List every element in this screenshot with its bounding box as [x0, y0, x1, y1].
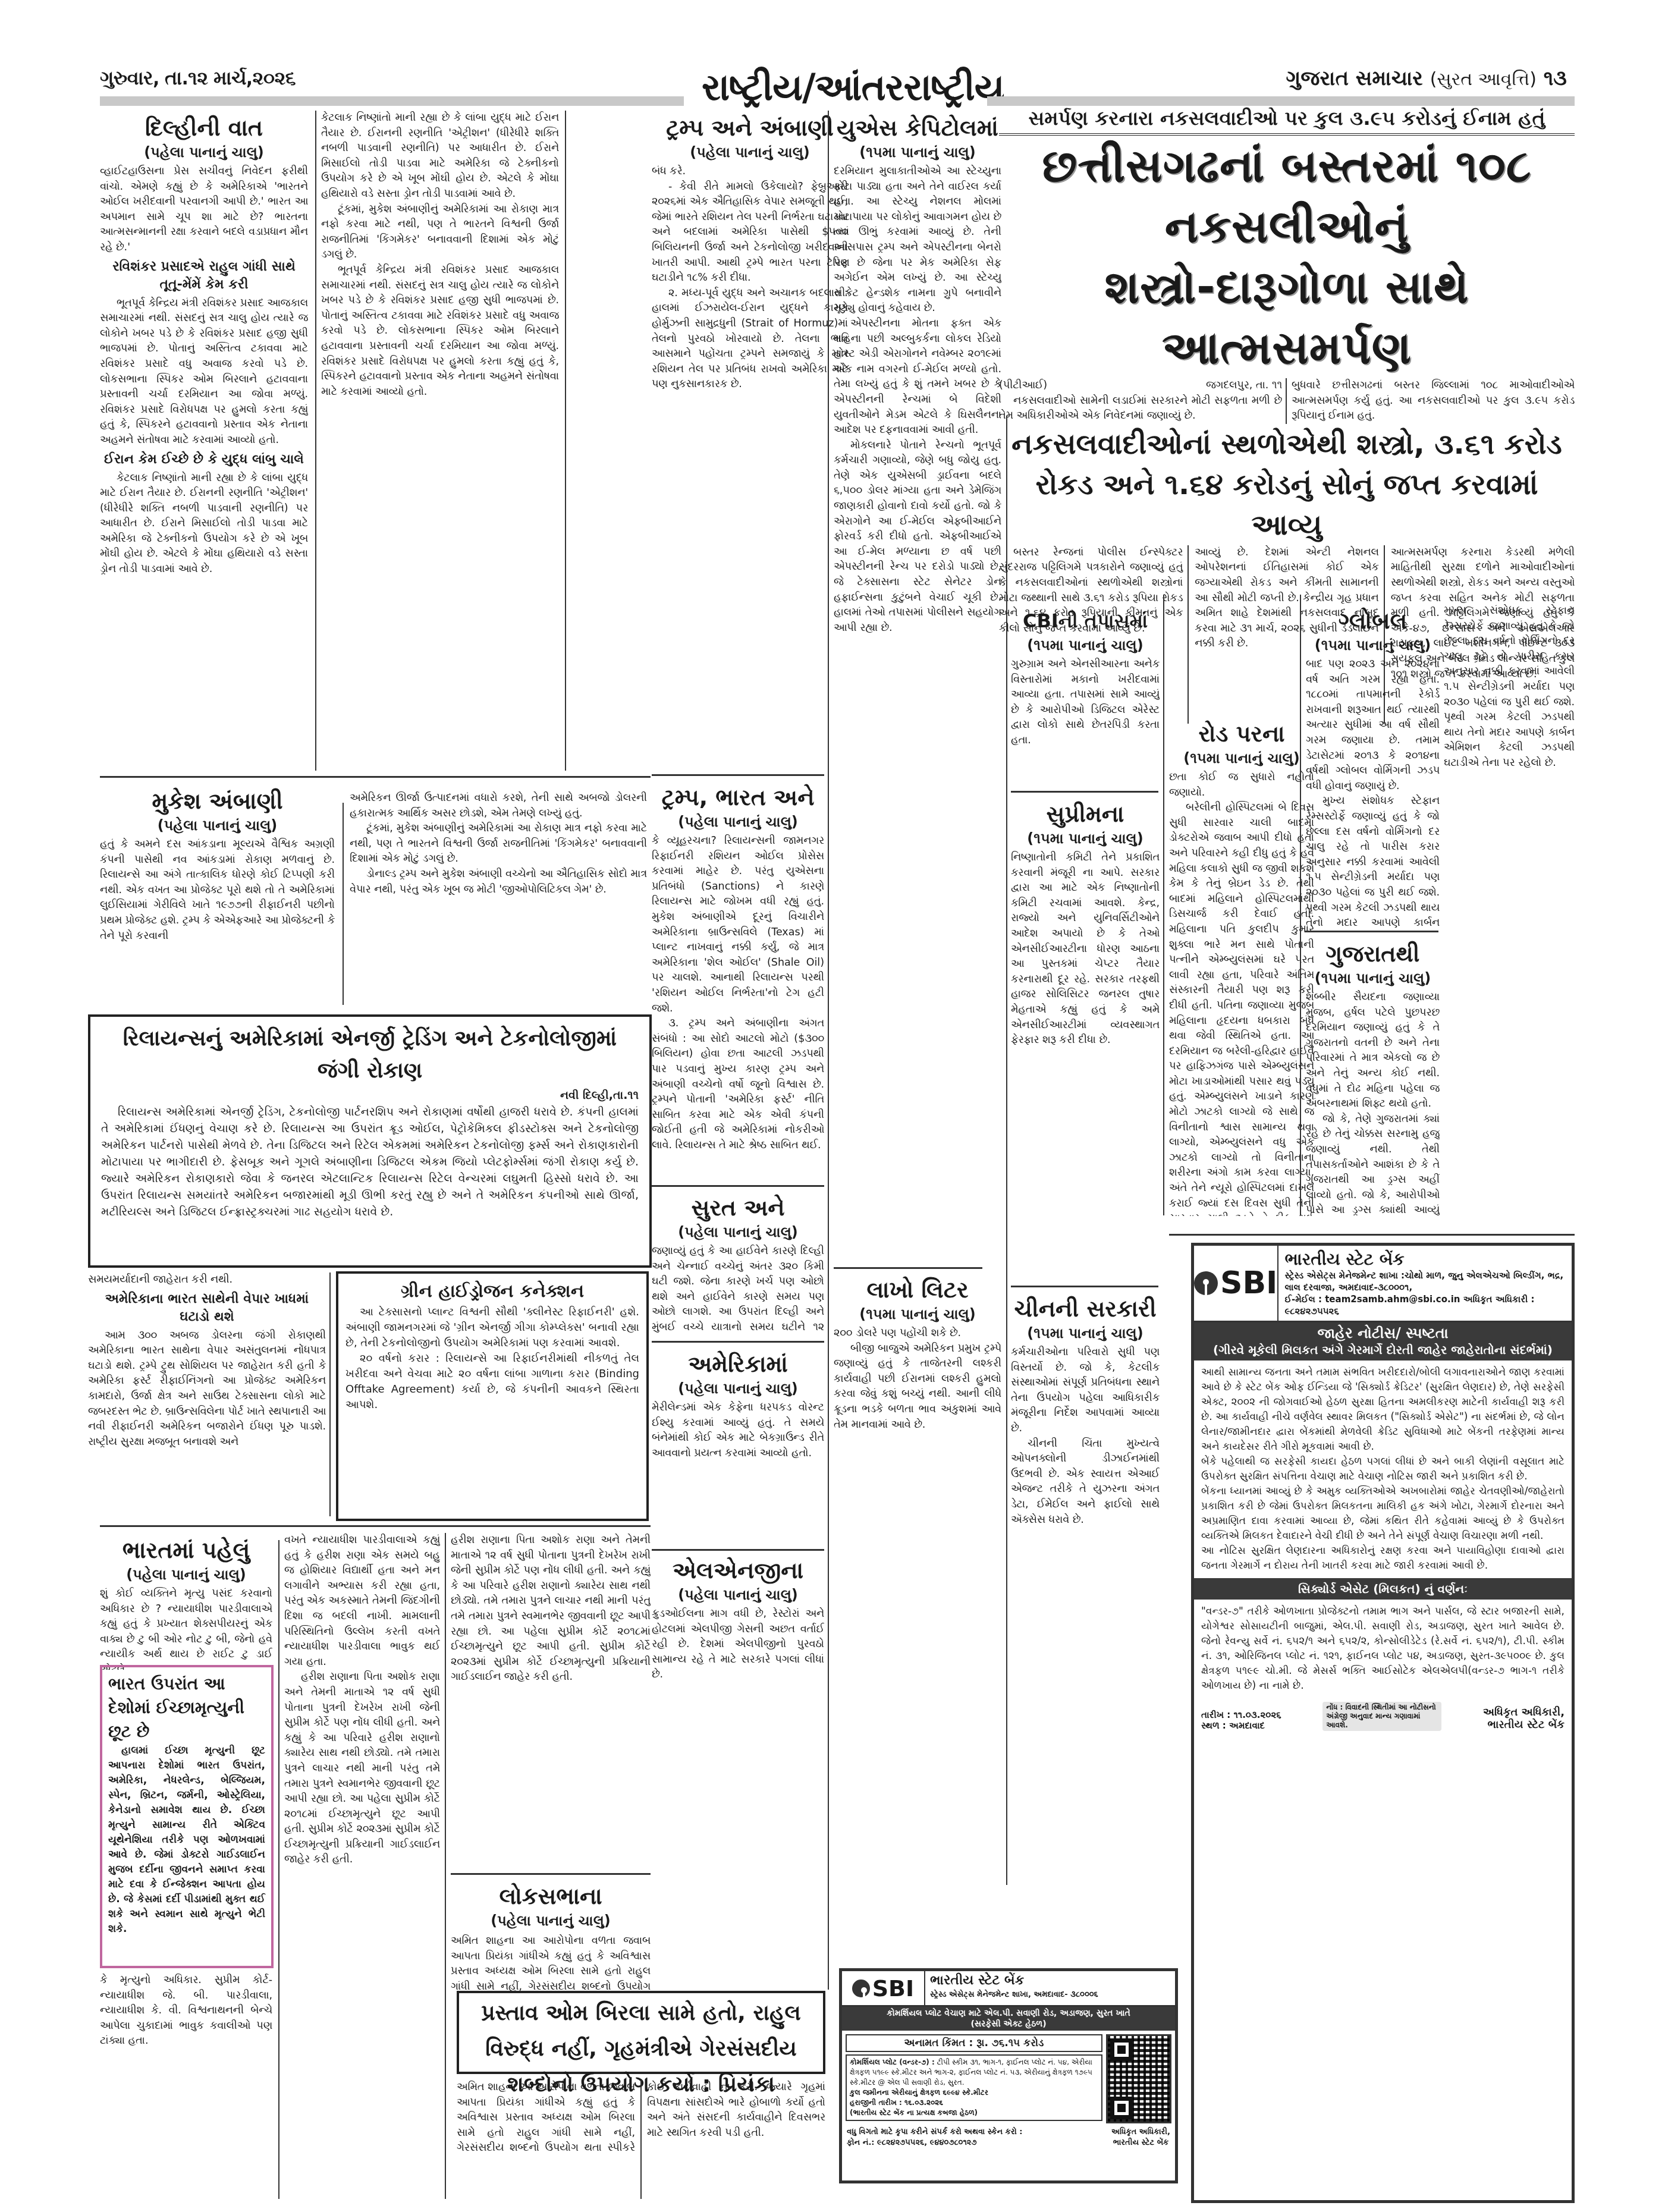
continued-label: (૧૫મા પાનાનું ચાલુ) [1306, 636, 1440, 655]
section-divider [652, 1185, 824, 1187]
notice-place: સ્થળ : અમદાવાદ [1201, 1720, 1281, 1731]
article-bharat-first-end: કે મૃત્યુનો અધિકાર. સુપ્રીમ કોર્ટ-ન્યાયા… [100, 1973, 272, 2199]
paragraph: બંધ કરે. [652, 164, 848, 180]
lead-intro-right: બુધવારે છત્તીસગઢનાં બસ્તર જિલ્લામાં ૧૦૮ … [1292, 378, 1575, 424]
continued-label: (પહેલા પાનાનું ચાલુ) [100, 143, 308, 162]
article-cbi: CBIની તપાસમાં (૧૫મા પાનાનું ચાલુ) ગુરુગ્… [1011, 604, 1160, 788]
paragraph: ભૂતપૂર્વ કેન્દ્રિય મંત્રી રવિશંકર પ્રસાદ… [321, 263, 559, 400]
article-mukesh-ambani: મુકેશ અંબાણી (પહેલા પાનાનું ચાલુ) હતું ક… [100, 784, 335, 1005]
continued-label: (૧૫મા પાનાનું ચાલુ) [1011, 1324, 1160, 1343]
article-global-continued: મુખ્ય સંશોધક સ્ટેફાન રેમ્સસ્ટોર્ફે જણાવ્… [1444, 604, 1575, 1216]
sbi-branch-info: ભારતીય સ્ટેટ બેંક સ્ટ્રેસ્ડ એસેટ્સ મેનેજ… [1278, 1246, 1572, 1321]
asset-heading: સિક્યોર્ડ એસેટ (મિલકત) નું વર્ણનઃ [1194, 1578, 1572, 1600]
lead-headline-line2: શસ્ત્રો-દારૂગોળા સાથે આત્મસમર્પણ [999, 257, 1575, 378]
sbi-logo-text: SBI [872, 1975, 914, 2002]
signatory: અધિકૃત અધિકારી, ભારતીય સ્ટેટ બેંક [1483, 1706, 1565, 1731]
paragraph: કેટલાક નિષ્ણાંતો માની રહ્યા છે કે લાંબા … [321, 111, 559, 202]
headline: ટ્રમ્પ અને અંબાણી [652, 114, 848, 142]
paragraph: ડોનાલ્ડ ટ્રમ્પ અને મુકેશ અંબાણી વચ્ચેનો … [350, 867, 647, 897]
paragraph: ટૂંકમાં, મુકેશ અંબાણીનું અમેરિકામાં આ રો… [321, 202, 559, 263]
dateline: જગદલપુર, તા. ૧૧ [1206, 378, 1282, 394]
total-area: કુલ જમીનના એરીયાનું ક્ષેત્રફળ ૬૯૯૪ સ્કે.… [850, 2088, 1098, 2098]
lead-kicker: સમર્પણ કરનારા નકસલવાદીઓ પર કુલ ૩.૯૫ કરોડ… [999, 105, 1575, 136]
section-title: રાષ્ટ્રીય/આંતરરાષ્ટ્રીય [702, 65, 1004, 109]
notice-subtitle: (ગીરવે મૂકેલી મિલકત અંગે ગેરમાર્ગે દોરતી… [1199, 1341, 1567, 1358]
article-lng: એલએનજીના (પહેલા પાનાનું ચાલુ) ક્રુડઓઈલના… [652, 1553, 824, 1868]
notice-footer: વધુ વિગતો માટે કૃપા કરીને સંપર્ક કરો અથવ… [842, 2127, 1175, 2148]
lead-intro: (પીટીઆઈ) જગદલપુર, તા. ૧૧ નકસલવાદીઓ સામેન… [999, 378, 1575, 424]
possession-status: (ભારતીય સ્ટેટ બેંક ના પ્રત્યક્ષ કબજા હેઠ… [850, 2108, 1098, 2118]
column-divider [1300, 595, 1301, 1215]
subheading: ઈરાન કેમ ઈચ્છે છે કે યુદ્ધ લાંબુ ચાલે [100, 451, 308, 469]
article-judgement-continued: હરીશ રાણાના પિતા અશોક રાણા અને તેમની માત… [451, 1533, 651, 1866]
article-china: ચીનની સરકારી (૧૫મા પાનાનું ચાલુ) કર્મચાર… [1011, 1292, 1160, 1850]
section-divider [652, 1341, 824, 1343]
sbi-branch-info: ભારતીય સ્ટેટ બેંક સ્ટ્રેસ્ડ એસેટ્સ મેનેજ… [925, 1971, 1103, 2005]
sbi-logo: SBI [1194, 1246, 1278, 1321]
paragraph: રિલાયન્સ અમેરિકામાં એનર્જી ટ્રેડિંગ, ટેક… [101, 1104, 639, 1220]
continued-label: (પહેલા પાનાનું ચાલુ) [451, 1911, 651, 1930]
auction-details: અનામત કિંમત : રૂા. ૭૬.૧૫ કરોડ કોમર્શિયલ … [842, 2031, 1175, 2127]
reliance-investment-box: રિલાયન્સનું અમેરિકામાં એનર્જી ટ્રેડિંગ અ… [88, 1014, 652, 1268]
paragraph: એપસ્ટીનના મોતના ફક્ત એક મહિના પછી અલ્બુક… [834, 316, 1001, 438]
continued-label: (પહેલા પાનાનું ચાલુ) [100, 1565, 272, 1584]
paragraph: ક્રુડઓઈલના માગ વધી છે, રેસ્ટોરાં અને હોટ… [652, 1607, 824, 1683]
headline: ગ્લોબલ [1306, 607, 1440, 634]
section-divider [1169, 1234, 1575, 1236]
sbi-logo-text: SBI [1220, 1265, 1277, 1301]
paragraph: શબ્બીર સૈયદના જણાવ્યા મુજબ, હર્ષલ પટેલે … [1306, 990, 1440, 1112]
sbi-keyhole-icon [1194, 1271, 1218, 1295]
column-divider [329, 1272, 331, 1516]
priyanka-headline-box: પ્રસ્તાવ ઓમ બિરલા સામે હતો, રાહુલ વિરુદ્… [457, 1991, 825, 2074]
continued-label: (૧૫મા પાનાનું ચાલુ) [1011, 829, 1160, 848]
paragraph: મુખ્ય સંશોધક સ્ટેફાન રેમ્સસ્ટોર્ફે જણાવ્… [1444, 604, 1575, 771]
continued-label: (૧૫મા પાનાનું ચાલુ) [834, 1305, 1001, 1324]
paragraph: ચીનની ચિંતા મુખ્યત્વે ઓપનક્લોની ડીઝાઈનમા… [1011, 1437, 1160, 1528]
paragraph: અમેરિકન ઊર્જા ઉત્પાદનમાં વધારો કરશે, તેન… [350, 791, 647, 821]
headline: CBIની તપાસમાં [1011, 607, 1160, 634]
email-line: ઈ-મેઈલ : team2samb.ahm@sbi.co.in અધિકૃત … [1284, 1293, 1566, 1317]
headline: ચીનની સરકારી [1011, 1295, 1160, 1322]
contact-info: વધુ વિગતો માટે કૃપા કરીને સંપર્ક કરો અથવ… [847, 2127, 1023, 2148]
article-supreme: સુપ્રીમના (૧૫મા પાનાનું ચાલુ) નિષ્ણાતોની… [1011, 797, 1160, 1237]
paragraph: ૩. ટ્રમ્પ અને અંબાણીના અંગત સંબંધો : આ સ… [652, 1016, 824, 1153]
auction-date: હરાજીની તારીખ : ૧૬.૦૩.૨૦૨૬ [850, 2098, 1098, 2108]
paragraph: ગુરુગ્રામ અને એનસીઆરના અનેક વિસ્તારોમાં … [1011, 657, 1160, 749]
paragraph: વ્હાઈટહાઉસના પ્રેસ સચીવનું નિવેદન ફરીથી … [100, 164, 308, 256]
section-divider [1011, 1286, 1158, 1287]
plot-label: કોમર્શિયલ પ્લોટ (વન્ડર-૭) : [850, 2058, 935, 2066]
article-america: અમેરિકામાં (પહેલા પાનાનું ચાલુ) મેરીલેન્… [652, 1347, 824, 1549]
paragraph: હાલમાં ઈચ્છા મૃત્યુની છૂટ આપનારા દેશોમાં… [108, 1743, 265, 1937]
section-divider [834, 1267, 982, 1269]
article-trade-deficit: સમયમર્યાદાની જાહેરાત કરી નથી. અમેરિકાના … [88, 1272, 326, 1516]
headline: અમેરિકામાં [652, 1350, 824, 1378]
article-surat: સુરત અને (પહેલા પાનાનું ચાલુ) જણાવ્યું હ… [652, 1190, 824, 1336]
bank-name: ભારતીય સ્ટેટ બેંક [1284, 1249, 1566, 1270]
notice-footer: તારીખ : ૧૧.૦૩.૨૦૨૬ સ્થળ : અમદાવાદ નોંધ :… [1194, 1698, 1572, 1735]
paragraph: સમયમર્યાદાની જાહેરાત કરી નથી. [88, 1272, 326, 1288]
subheading: રવિશંકર પ્રસાદએ રાહુલ ગાંધી સાથે તૂતૂ-મે… [100, 258, 308, 294]
branch-address: સ્ટ્રેસ્ડ એસેટ્સ મેનેજમેન્ટ શાખા, અમદાવા… [930, 1989, 1098, 2001]
asset-description: "વન્ડર-૭" તરીકે ઓળખાતા પ્રોજેક્ટનો તમામ … [1194, 1600, 1572, 1698]
continued-label: (પહેલા પાનાનું ચાલુ) [100, 816, 335, 835]
paragraph: જો કે, તેણે ગુજરાતમાં ક્યાં રહે છે તેનું… [1306, 1112, 1440, 1216]
paragraph: આ નોટિસ સુરક્ષિત લેણદારના અધિકારોનું રક્… [1201, 1544, 1565, 1573]
paragraph: આ ટેક્સાસનો પ્લાન્ટ વિશ્વની સૌથી 'ક્લીને… [345, 1305, 639, 1351]
article-delhi-continued: કેટલાક નિષ્ણાંતો માની રહ્યા છે કે લાંબા … [321, 111, 559, 772]
paragraph: મોકલનારે પોતાને રેન્ચનો ભૂતપૂર્વ કર્મચાર… [834, 438, 1001, 636]
date-place: તારીખ : ૧૧.૦૩.૨૦૨૬ સ્થળ : અમદાવાદ [1201, 1710, 1281, 1731]
section-divider [100, 776, 651, 778]
notice-subtitle: (સરફેસી એક્ટ હેઠળ) [846, 2019, 1171, 2029]
paragraph: અમિત શાહના આ આરોપોના વળતા જવાબ આપતા પ્રિ… [451, 1934, 651, 1993]
paragraph: નકસલવાદીઓ સામેની લડાઈમાં સરકારને મોટી સફ… [999, 394, 1282, 424]
paragraph: - કેવી રીતે મામલો ઉકેલાયો? ફેબ્રુઆરી ૨૦૨… [652, 180, 848, 286]
paragraph: બેંકના ધ્યાનમાં આવ્યું છે કે અમુક વ્યક્ત… [1201, 1484, 1565, 1544]
article-us-capitol: યુએસ કેપિટોલમાં (૧૫મા પાનાનું ચાલુ) દરમિ… [834, 111, 1001, 1181]
column-divider [278, 1540, 279, 2199]
qr-code-icon[interactable] [1106, 2034, 1171, 2123]
paper-name: ગુજરાત સમાચાર [1286, 67, 1423, 90]
paragraph: કે વ્યૂહરચના? રિલાયન્સની જામનગર રિફાઈનરી… [652, 834, 824, 1016]
plot-details: કોમર્શિયલ પ્લોટ (વન્ડર-૭) : ટીપી સ્કીમ ૩… [846, 2054, 1102, 2121]
bank-name: ભારતીય સ્ટેટ બેંક [930, 1972, 1098, 1989]
article-bharat-first-continued: વખતે ન્યાયાધીશ પારડીવાલાએ કહ્યું હતું કે… [284, 1533, 440, 2199]
continued-label: (પહેલા પાનાનું ચાલુ) [652, 1585, 824, 1604]
paragraph: ભૂતપૂર્વ કેન્દ્રિય મંત્રી રવિશંકર પ્રસાદ… [100, 296, 308, 448]
paragraph: ૨૦૦ ડોલરે પણ પહોંચી શકે છે. [834, 1326, 1001, 1341]
issue-date: ગુરુવાર, તા.૧૨ માર્ચ,૨૦૨૬ [100, 67, 296, 90]
paragraph: આથી સામાન્ય જનતા અને તમામ સંભવિત ખરીદદાર… [1201, 1365, 1565, 1454]
headline: ભારતમાં પહેલું [100, 1537, 272, 1564]
continued-label: (પહેલા પાનાનું ચાલુ) [652, 1379, 824, 1398]
headline: દિલ્હીની વાત [100, 114, 308, 142]
paragraph: કેટલાક નિષ્ણાંતો માની રહ્યા છે કે લાંબા … [100, 471, 308, 577]
paragraph: શું કોઈ વ્યક્તિને મૃત્યુ પસંદ કરવાનો અધિ… [100, 1586, 272, 1670]
article-bharat-first: ભારતમાં પહેલું (પહેલા પાનાનું ચાલુ) શું … [100, 1533, 272, 1670]
column-divider [343, 803, 344, 1005]
paragraph: અમિત શાહના આ આરોપોના વળતા જવાબ આપતા પ્રિ… [457, 2080, 825, 2156]
notice-title: જાહેર નોટીસ/ સ્પષ્ટતા [1199, 1325, 1567, 1341]
headline: લોકસભાના [451, 1883, 651, 1910]
lead-subheadline: નકસલવાદીઓનાં સ્થળોએથી શસ્ત્રો, ૩.૬૧ કરોડ… [999, 424, 1575, 545]
signatory-bank: ભારતીય સ્ટેટ બેંક [1111, 2138, 1170, 2148]
lead-headline-line1: છત્તીસગઢનાં બસ્તરમાં ૧૦૮ નકસલીઓનું [999, 136, 1575, 257]
notice-title-band: કોમર્શિયલ પ્લોટ વેચાણ માટે એલ.પી. સવાણી … [842, 2007, 1175, 2031]
page-number: ૧૩ [1544, 67, 1567, 90]
paragraph: ટૂંકમાં, મુકેશ અંબાણીનું અમેરિકામાં આ રો… [350, 821, 647, 867]
headline: યુએસ કેપિટોલમાં [834, 114, 1001, 142]
notice-date: તારીખ : ૧૧.૦૩.૨૦૨૬ [1201, 1710, 1281, 1720]
paragraph: દરમિયાન મુલાકાતીઓએ આ સ્ટેચ્યુના ફોટા પાડ… [834, 164, 1001, 316]
branch-address: સ્ટ્રેસ્ડ એસેટ્સ મેનેજમેન્ટ શાખા :ચોથો મ… [1284, 1270, 1566, 1293]
sbi-auction-notice: SBI ભારતીય સ્ટેટ બેંક સ્ટ્રેસ્ડ એસેટ્સ મ… [839, 1968, 1178, 2183]
article-lakho-liter: લાખો લિટર (૧૫મા પાનાનું ચાલુ) ૨૦૦ ડોલરે … [834, 1272, 1001, 1872]
translation-note: નોંધ : વિવાદની સ્થિતીમાં આ નોટીસનો અંગ્ર… [1322, 1702, 1441, 1731]
paragraph: ૨૦ વર્ષનો કરાર : રિલાયન્સે આ રિફાઈનરીમાં… [345, 1351, 639, 1413]
paragraph: આમ ૩૦૦ અબજ ડોલરના જંગી રોકાણથી અમેરિકાના… [88, 1328, 326, 1450]
continued-label: (૧૫મા પાનાનું ચાલુ) [834, 143, 1001, 162]
column-divider [445, 1533, 446, 2199]
notice-body: આથી સામાન્ય જનતા અને તમામ સંભવિત ખરીદદાર… [1194, 1360, 1572, 1578]
headline: મુકેશ અંબાણી [100, 787, 335, 815]
box-headline: ગ્રીન હાઈડ્રોજન કનેક્શન [345, 1278, 639, 1305]
sbi-public-notice: SBI ભારતીય સ્ટેટ બેંક સ્ટ્રેસ્ડ એસેટ્સ મ… [1191, 1243, 1575, 2203]
subheading: અમેરિકાના ભારત સાથેની વેપાર ખાધમાં ઘટાડો… [88, 1290, 326, 1326]
paragraph: હતું કે અમને દસ આંકડાના મૂલ્યએ વૈશ્વિક અ… [100, 837, 335, 944]
paragraph: હરીશ રાણાના પિતા અશોક રાણા અને તેમની માત… [451, 1533, 651, 1685]
contact-text: વધુ વિગતો માટે કૃપા કરીને સંપર્ક કરો અથવ… [847, 2127, 1023, 2138]
lead-intro-left: (પીટીઆઈ) જગદલપુર, તા. ૧૧ નકસલવાદીઓ સામેન… [999, 378, 1287, 424]
paragraph: મેરીલેન્ડમાં એક કેફેના ધરપકડ વોરન્ટ ઈશ્ય… [652, 1400, 824, 1461]
continued-label: (૧૫મા પાનાનું ચાલુ) [1011, 636, 1160, 655]
headline: સુરત અને [652, 1194, 824, 1221]
auction-info: અનામત કિંમત : રૂા. ૭૬.૧૫ કરોડ કોમર્શિયલ … [846, 2034, 1102, 2123]
euthanasia-countries-box: ભારત ઉપરાંત આ દેશોમાં ઈચ્છામૃત્યુની છૂટ … [100, 1665, 274, 1968]
article-trump-ambani: ટ્રમ્પ અને અંબાણી (પહેલા પાનાનું ચાલુ) બ… [652, 111, 848, 759]
headline: સુપ્રીમના [1011, 800, 1160, 828]
news-source: (પીટીઆઈ) [999, 378, 1047, 394]
section-divider [451, 1873, 651, 1875]
article-road: રોડ પરના (૧૫મા પાનાનું ચાલુ) છતા કોઈ જ સ… [1169, 717, 1314, 1216]
article-gujaratthi: ગુજરાતથી (૧૫મા પાનાનું ચાલુ) શબ્બીર સૈયદ… [1306, 937, 1440, 1216]
paragraph: બરેલીની હોસ્પિટલમાં બે દિવસ સુધી સારવાર … [1169, 800, 1314, 1216]
paragraph: કર્મચારીઓના પરિવારો સુધી પણ વિસ્તર્યો છે… [1011, 1345, 1160, 1437]
sbi-keyhole-icon [852, 1980, 870, 1997]
paragraph: છતા કોઈ જ સુધારો નહોતો જણાયો. [1169, 770, 1314, 800]
section-divider [100, 1525, 651, 1527]
paragraph: બીજી બાજુએ અમેરિકન પ્રમુખ ટ્રમ્પે જણાવ્ય… [834, 1341, 1001, 1433]
lead-byline: (પીટીઆઈ) જગદલપુર, તા. ૧૧ [999, 378, 1282, 394]
paragraph: વખતે ન્યાયાધીશ પારડીવાલાએ કહ્યું હતું કે… [284, 1533, 440, 1670]
article-loksabha-body: અમિત શાહના આ આરોપોના વળતા જવાબ આપતા પ્રિ… [451, 1934, 651, 1993]
paragraph: હરીશ રાણાના પિતા અશોક રાણા અને તેમની માત… [284, 1670, 440, 1868]
signatory-bank: ભારતીય સ્ટેટ બેંક [1483, 1718, 1565, 1731]
signatory-title: અધિકૃત અધિકારી, [1111, 2127, 1170, 2138]
phone-numbers: ફોન નં.: ૯૮૨૪૨૭૫૫૨૬, ૯૪૪૦૭૮૦૧૨૭ [847, 2138, 1023, 2148]
notice-title-band: જાહેર નોટીસ/ સ્પષ્ટતા (ગીરવે મૂકેલી મિલક… [1194, 1322, 1572, 1360]
headline: એલએનજીના [652, 1557, 824, 1584]
signatory-title: અધિકૃત અધિકારી, [1483, 1706, 1565, 1718]
article-trump-india: ટ્રમ્પ, ભારત અને (પહેલા પાનાનું ચાલુ) કે… [652, 780, 824, 1189]
section-divider [652, 1549, 824, 1551]
edition-label: (સુરત આવૃત્તિ) [1430, 69, 1537, 90]
paragraph: બેંકે પહેલાથી જ સરફેસી કાયદા હેઠળ પગલાં … [1201, 1454, 1565, 1484]
article-global: ગ્લોબલ (૧૫મા પાનાનું ચાલુ) બાદ પણ ૨૦૨૩ અ… [1306, 604, 1440, 931]
reserve-price: અનામત કિંમત : રૂા. ૭૬.૧૫ કરોડ [846, 2034, 1102, 2052]
headline: ગુજરાતથી [1306, 940, 1440, 967]
qr-finder [1110, 2038, 1133, 2061]
column-divider [565, 111, 566, 771]
column-divider [1163, 595, 1164, 1215]
newspaper-nameplate: ગુજરાત સમાચાર (સુરત આવૃત્તિ) ૧૩ [1286, 67, 1567, 90]
masthead: ગુરુવાર, તા.૧૨ માર્ચ,૨૦૨૬ રાષ્ટ્રીય/આંતર… [0, 0, 1665, 95]
section-divider [1011, 791, 1158, 793]
article-loksabha-tail: અમિત શાહના આ આરોપોના વળતા જવાબ આપતા પ્રિ… [457, 2080, 825, 2199]
masthead-bar-left [100, 96, 684, 106]
paragraph: કે મૃત્યુનો અધિકાર. સુપ્રીમ કોર્ટ-ન્યાયા… [100, 1973, 272, 2049]
article-mukesh-ambani-continued: અમેરિકન ઊર્જા ઉત્પાદનમાં વધારો કરશે, તેન… [350, 791, 647, 1006]
headline: ટ્રમ્પ, ભારત અને [652, 784, 824, 811]
paragraph: બાદ પણ ૨૦૨૩ અને ૨૦૨૪નાં વર્ષ અતિ ગરમ રહ્… [1306, 657, 1440, 794]
continued-label: (પહેલા પાનાનું ચાલુ) [652, 812, 824, 831]
continued-label: (પહેલા પાનાનું ચાલુ) [652, 1223, 824, 1242]
qr-finder [1110, 2097, 1133, 2119]
notice-title: કોમર્શિયલ પ્લોટ વેચાણ માટે એલ.પી. સવાણી … [846, 2008, 1171, 2019]
paragraph: ૨. મધ્ય-પૂર્વ યુદ્ધ અને અચાનક બદલાવ : હા… [652, 286, 848, 392]
continued-label: (૧૫મા પાનાનું ચાલુ) [1169, 749, 1314, 768]
box-headline: રિલાયન્સનું અમેરિકામાં એનર્જી ટ્રેડિંગ અ… [101, 1023, 639, 1087]
section-divider [1305, 931, 1438, 932]
article-delhi: દિલ્હીની વાત (પહેલા પાનાનું ચાલુ) વ્હાઈટ… [100, 111, 308, 772]
continued-label: (૧૫મા પાનાનું ચાલુ) [1306, 969, 1440, 988]
column-divider [315, 111, 316, 771]
continued-label: (પહેલા પાનાનું ચાલુ) [652, 143, 848, 162]
headline: લાખો લિટર [834, 1276, 1001, 1303]
sbi-header: SBI ભારતીય સ્ટેટ બેંક સ્ટ્રેસ્ડ એસેટ્સ મ… [1194, 1246, 1572, 1322]
box-headline: ભારત ઉપરાંત આ દેશોમાં ઈચ્છામૃત્યુની છૂટ … [108, 1672, 265, 1743]
paragraph: મુખ્ય સંશોધક સ્ટેફાન રેમ્સસ્ટોર્ફે જણાવ્… [1306, 794, 1440, 931]
column-divider [828, 111, 829, 1990]
dateline: નવી દિલ્હી,તા.૧૧ [101, 1087, 639, 1104]
paragraph: જણાવ્યું હતું કે આ હાઈવેને કારણે દિલ્હી … [652, 1244, 824, 1336]
section-divider [652, 774, 824, 776]
sbi-header: SBI ભારતીય સ્ટેટ બેંક સ્ટ્રેસ્ડ એસેટ્સ મ… [842, 1971, 1175, 2007]
sbi-logo: SBI [842, 1971, 925, 2005]
headline: રોડ પરના [1169, 720, 1314, 747]
signatory: અધિકૃત અધિકારી, ભારતીય સ્ટેટ બેંક [1111, 2127, 1170, 2148]
green-hydrogen-box: ગ્રીન હાઈડ્રોજન કનેક્શન આ ટેક્સાસનો પ્લા… [336, 1271, 649, 1521]
paragraph: નિષ્ણાતોની કમિટી તેને પ્રકાશિત કરવાની મં… [1011, 850, 1160, 1048]
